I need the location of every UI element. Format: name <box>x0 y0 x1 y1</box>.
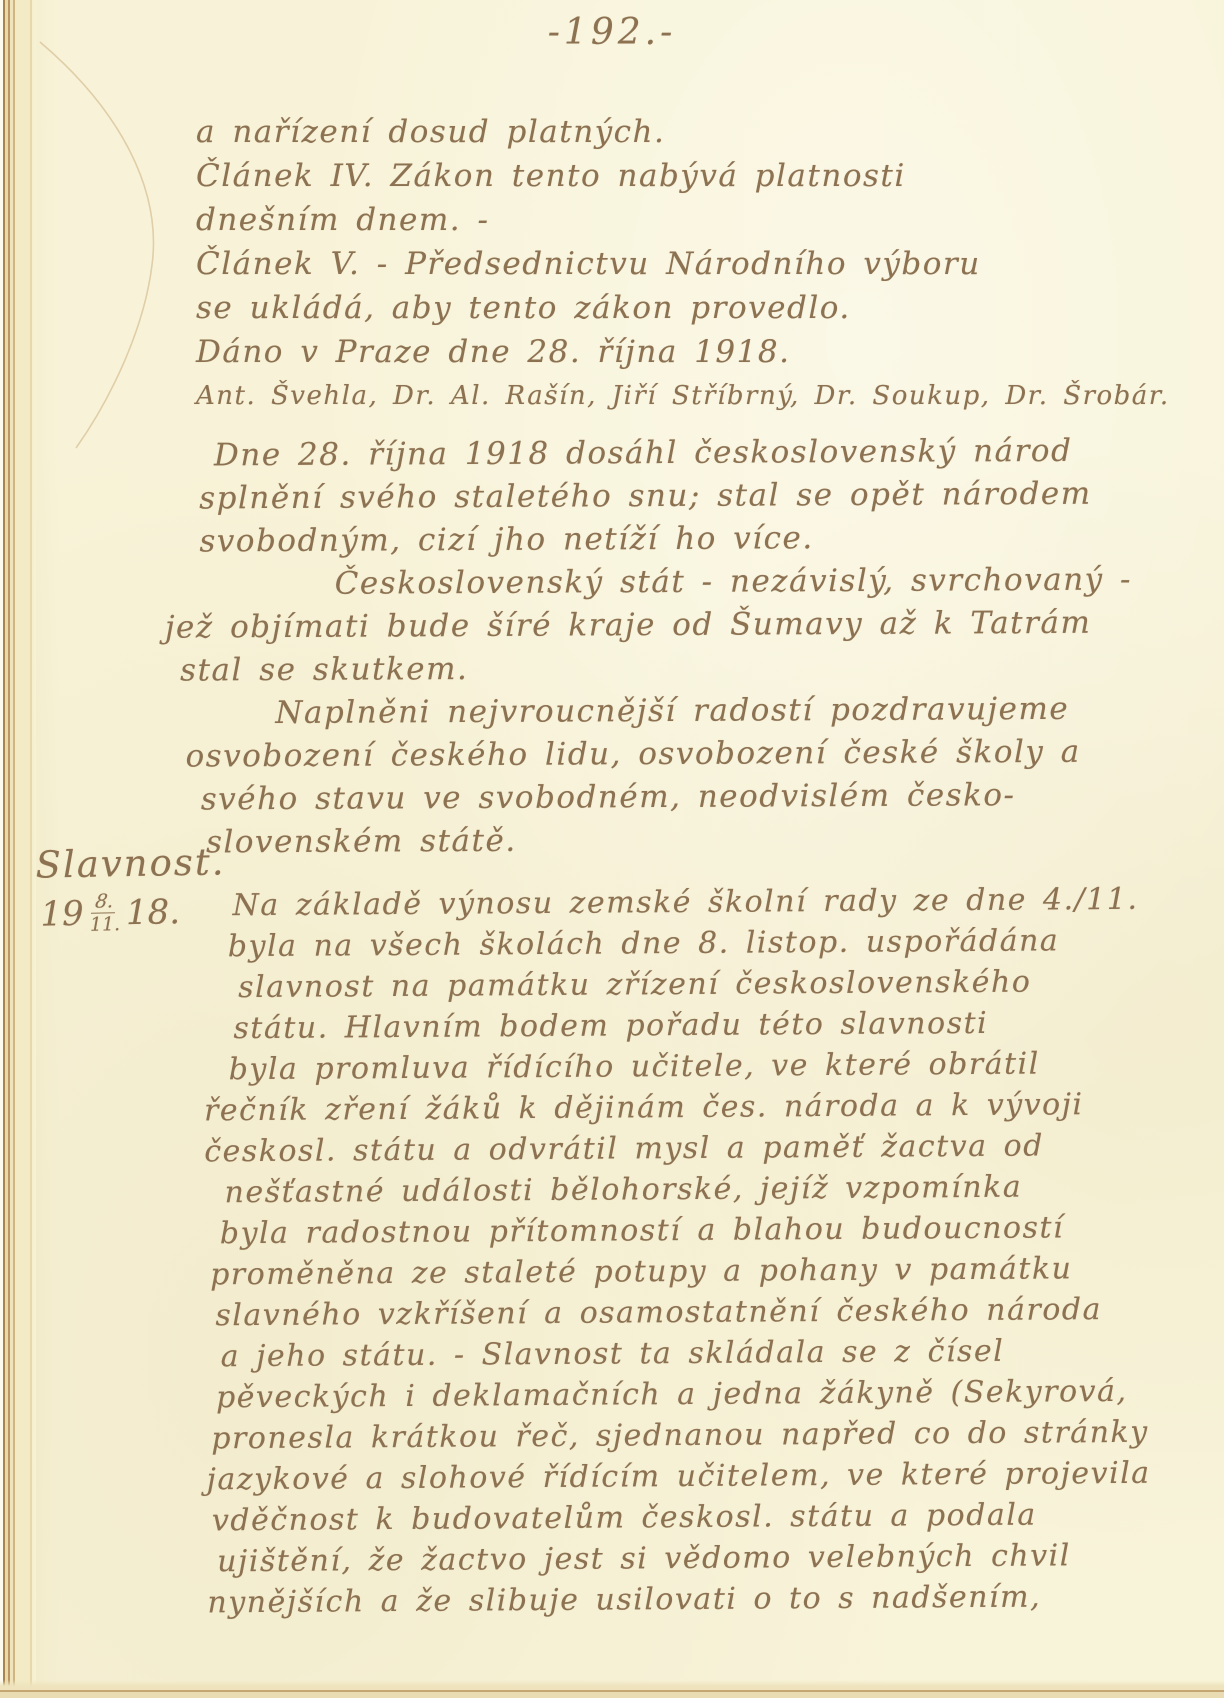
handwritten-line: vděčnost k budovatelům českosl. státu a … <box>212 1494 1151 1542</box>
handwritten-line: slovenském státě. <box>206 817 1134 865</box>
handwritten-line: dnešním dnem. - <box>196 198 1170 242</box>
handwritten-line: pronesla krátkou řeč, sjednanou napřed c… <box>211 1412 1150 1460</box>
handwritten-line: nešťastné události bělohorské, jejíž vzp… <box>224 1166 1148 1213</box>
handwritten-line: Na základě výnosu zemské školní rady ze … <box>232 879 1146 926</box>
margin-note-date-year-prefix: 19 <box>40 893 84 934</box>
handwritten-line: svého stavu ve svobodném, neodvislém čes… <box>201 774 1134 822</box>
margin-note-date-month: 11. <box>90 913 121 935</box>
handwritten-line: Ant. Švehla, Dr. Al. Rašín, Jiří Stříbrn… <box>196 374 1170 418</box>
handwritten-line: byla promluva řídícího učitele, ve které… <box>229 1043 1148 1090</box>
paragraph-independence: Dne 28. října 1918 dosáhl československý… <box>199 430 1134 865</box>
handwritten-line: Článek V. - Předsednictvu Národního výbo… <box>196 242 1170 286</box>
handwritten-line: Článek IV. Zákon tento nabývá platnosti <box>196 154 1170 198</box>
margin-note-title: Slavnost. <box>35 840 226 886</box>
handwritten-line: pěveckých i deklamačních a jedna žákyně … <box>216 1371 1150 1419</box>
handwritten-line: ujištění, že žactvo jest si vědomo veleb… <box>217 1535 1151 1583</box>
handwritten-line: byla radostnou přítomností a blahou budo… <box>220 1207 1149 1254</box>
handwritten-line: a nařízení dosud platných. <box>196 110 1170 154</box>
book-binding-edge <box>0 0 36 1698</box>
handwritten-line: řečník zření žáků k dějinám čes. národa … <box>204 1084 1148 1132</box>
paragraph-law-text: a nařízení dosud platných.Článek IV. Zák… <box>196 110 1170 418</box>
handwritten-line: státu. Hlavním bodem pořadu této slavnos… <box>233 1002 1147 1049</box>
handwritten-line: slavnost na památku zřízení českoslovens… <box>238 961 1147 1008</box>
handwritten-line: nynějších a že slibuje usilovati o to s … <box>207 1576 1151 1624</box>
handwritten-line: jazykové a slohové řídícím učitelem, ve … <box>206 1453 1150 1501</box>
handwritten-line: Dne 28. října 1918 dosáhl československý… <box>214 430 1132 478</box>
handwritten-line: Československý stát - nezávislý, svrchov… <box>335 559 1133 606</box>
handwritten-line: stal se skutkem. <box>180 645 1133 693</box>
margin-note-date: 19 8. 11. 18. <box>40 889 227 935</box>
handwritten-line: českosl. státu a odvrátil mysl a paměť ž… <box>204 1125 1148 1173</box>
handwritten-line: osvobození českého lidu, osvobození česk… <box>185 731 1133 779</box>
page-number: -192.- <box>0 12 1224 53</box>
handwritten-line: Naplněni nejvroucnější radostí pozdravuj… <box>275 688 1133 735</box>
handwritten-line: splnění svého staletého snu; stal se opě… <box>199 473 1132 521</box>
handwritten-line: slavného vzkříšení a osamostatnění české… <box>215 1289 1149 1337</box>
handwritten-line: Dáno v Praze dne 28. října 1918. <box>196 330 1170 374</box>
handwritten-line: jež objímati bude šíré kraje od Šumavy a… <box>165 602 1133 650</box>
page-bottom-edge <box>0 1680 1224 1698</box>
margin-note-date-year-suffix: 18. <box>126 892 181 933</box>
handwritten-line: byla na všech školách dne 8. listop. usp… <box>228 920 1147 967</box>
handwritten-line: a jeho státu. - Slavnost ta skládala se … <box>221 1330 1150 1377</box>
handwritten-line: se ukládá, aby tento zákon provedlo. <box>196 286 1170 330</box>
handwritten-line: svobodným, cizí jho netíží ho více. <box>199 516 1132 564</box>
margin-note-date-fraction: 8. 11. <box>89 891 120 935</box>
margin-note: Slavnost. 19 8. 11. 18. <box>35 840 226 935</box>
handwritten-line: proměněna ze staleté potupy a pohany v p… <box>210 1248 1149 1296</box>
margin-note-date-day: 8. <box>91 891 118 913</box>
paragraph-celebration: Na základě výnosu zemské školní rady ze … <box>222 879 1151 1623</box>
